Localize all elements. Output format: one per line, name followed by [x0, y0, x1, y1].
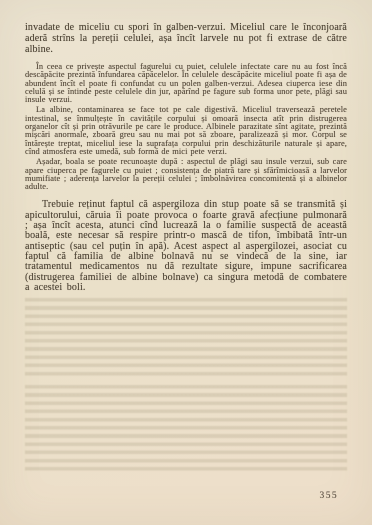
paragraph: În ceea ce privește aspectul fagurelui c…: [25, 63, 347, 104]
page-showthrough: [25, 298, 347, 473]
paragraph: La albine, contaminarea se face tot pe c…: [25, 106, 347, 156]
showthrough-block: [25, 298, 347, 376]
paragraph: invadate de miceliu cu spori în galben-v…: [25, 22, 347, 55]
paragraph: Trebuie reținut faptul că aspergiloza di…: [25, 200, 347, 293]
paragraph: Așadar, boala se poate recunoaște după :…: [25, 158, 347, 191]
showthrough-block: [25, 385, 347, 473]
scanned-page: invadate de miceliu cu spori în galben-v…: [0, 0, 372, 525]
page-number: 355: [320, 491, 338, 501]
